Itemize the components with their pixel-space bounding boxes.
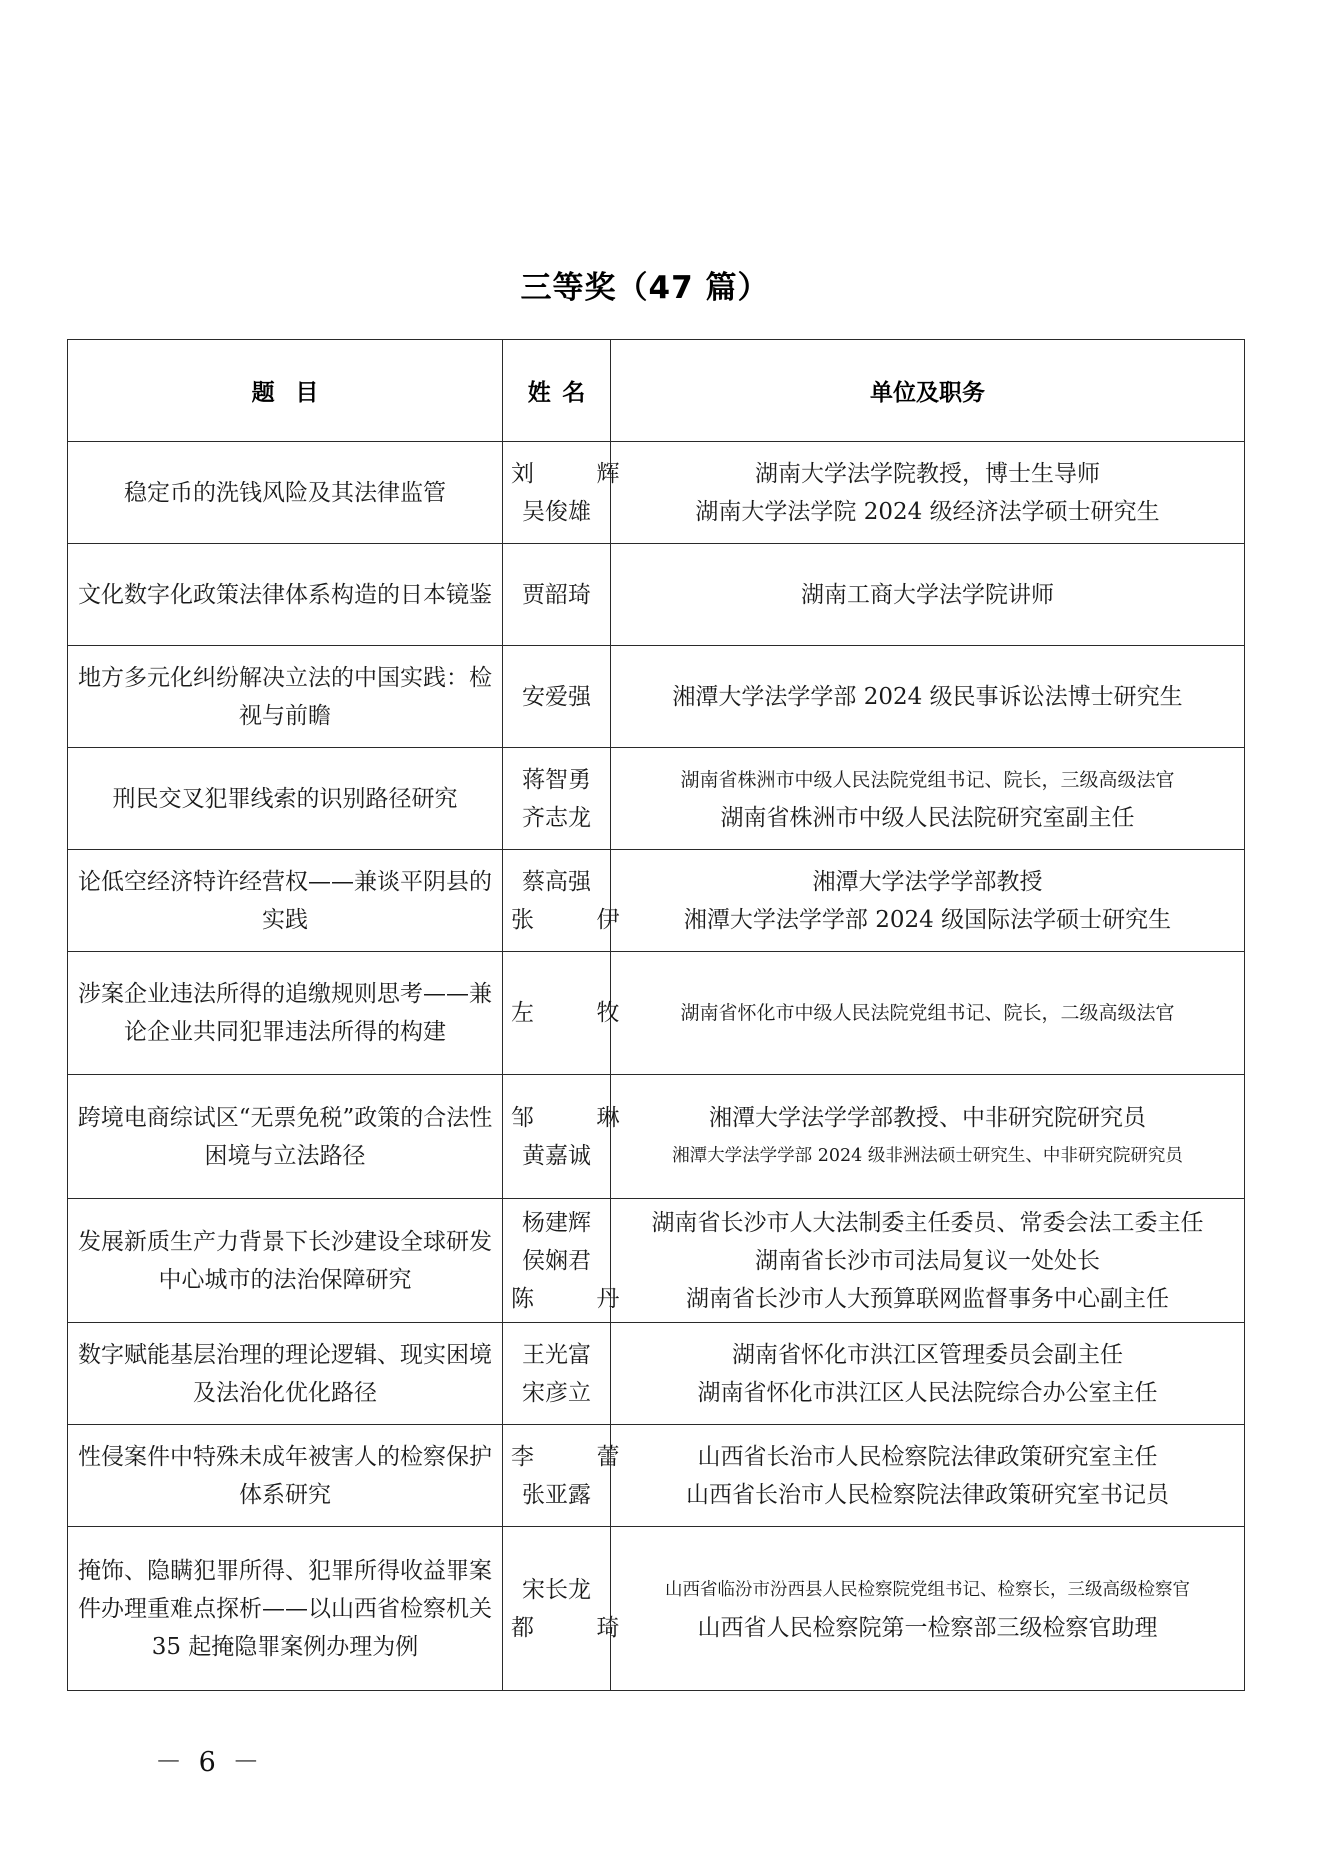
author-orgs: 山西省临汾市汾西县人民检察院党组书记、检察长，三级高级检察官 山西省人民检察院第… (611, 1527, 1245, 1691)
table-row: 刑民交叉犯罪线索的识别路径研究 蒋智勇 齐志龙 湖南省株洲市中级人民法院党组书记… (68, 748, 1245, 850)
org-line: 山西省临汾市汾西县人民检察院党组书记、检察长，三级高级检察官 (619, 1571, 1236, 1609)
author-orgs: 湖南大学法学院教授，博士生导师 湖南大学法学院 2024 级经济法学硕士研究生 (611, 442, 1245, 544)
author-names: 蒋智勇 齐志龙 (503, 748, 611, 850)
org-line: 湖南省怀化市洪江区人民法院综合办公室主任 (619, 1374, 1236, 1412)
org-line: 湖南省长沙市司法局复议一处处长 (619, 1242, 1236, 1280)
author-name: 蒋智勇 (511, 761, 602, 799)
section-title: 三等奖（47 篇） (0, 262, 1290, 307)
author-name: 刘 辉 (511, 455, 630, 493)
author-names: 王光富 宋彦立 (503, 1323, 611, 1425)
author-name: 陈 丹 (511, 1280, 630, 1318)
page-number: － 6 － (155, 1740, 263, 1779)
org-line: 湖南省长沙市人大法制委主任委员、常委会法工委主任 (619, 1204, 1236, 1242)
org-line: 湖南工商大学法学院讲师 (619, 576, 1236, 614)
paper-title: 刑民交叉犯罪线索的识别路径研究 (68, 748, 503, 850)
author-name: 宋长龙 (511, 1571, 602, 1609)
author-name: 蔡高强 (511, 863, 602, 901)
author-orgs: 湖南省怀化市洪江区管理委员会副主任 湖南省怀化市洪江区人民法院综合办公室主任 (611, 1323, 1245, 1425)
author-name: 张亚露 (511, 1476, 602, 1514)
paper-title: 数字赋能基层治理的理论逻辑、现实困境及法治化优化路径 (68, 1323, 503, 1425)
author-orgs: 湖南省株洲市中级人民法院党组书记、院长，三级高级法官 湖南省株洲市中级人民法院研… (611, 748, 1245, 850)
org-line: 湘潭大学法学学部 2024 级非洲法硕士研究生、中非研究院研究员 (619, 1137, 1236, 1175)
table-row: 数字赋能基层治理的理论逻辑、现实困境及法治化优化路径 王光富 宋彦立 湖南省怀化… (68, 1323, 1245, 1425)
author-names: 杨建辉 侯娴君 陈 丹 (503, 1199, 611, 1323)
author-name: 贾韶琦 (511, 576, 602, 614)
org-line: 湖南省株洲市中级人民法院党组书记、院长，三级高级法官 (619, 761, 1236, 799)
table-row: 地方多元化纠纷解决立法的中国实践：检视与前瞻 安爱强 湘潭大学法学学部 2024… (68, 646, 1245, 748)
org-line: 山西省长治市人民检察院法律政策研究室书记员 (619, 1476, 1236, 1514)
author-name: 王光富 (511, 1336, 602, 1374)
org-line: 湖南大学法学院教授，博士生导师 (619, 455, 1236, 493)
org-line: 湖南省怀化市中级人民法院党组书记、院长，二级高级法官 (619, 994, 1236, 1032)
author-orgs: 湖南工商大学法学院讲师 (611, 544, 1245, 646)
author-name: 张 伊 (511, 901, 630, 939)
author-name: 邹 琳 (511, 1099, 630, 1137)
org-line: 山西省人民检察院第一检察部三级检察官助理 (619, 1609, 1236, 1647)
header-title: 题目 (68, 340, 503, 442)
table-row: 论低空经济特许经营权——兼谈平阴县的实践 蔡高强 张 伊 湘潭大学法学学部教授 … (68, 850, 1245, 952)
author-names: 邹 琳 黄嘉诚 (503, 1075, 611, 1199)
org-line: 湖南大学法学院 2024 级经济法学硕士研究生 (619, 493, 1236, 531)
author-name: 杨建辉 (511, 1204, 602, 1242)
paper-title: 涉案企业违法所得的追缴规则思考——兼论企业共同犯罪违法所得的构建 (68, 952, 503, 1075)
table-row: 跨境电商综试区“无票免税”政策的合法性困境与立法路径 邹 琳 黄嘉诚 湘潭大学法… (68, 1075, 1245, 1199)
author-orgs: 湘潭大学法学学部教授、中非研究院研究员 湘潭大学法学学部 2024 级非洲法硕士… (611, 1075, 1245, 1199)
awards-table: 题目 姓名 单位及职务 稳定币的洗钱风险及其法律监管 刘 辉 吴俊雄 湖南大学法… (67, 339, 1245, 1691)
author-name: 黄嘉诚 (511, 1137, 602, 1175)
paper-title: 文化数字化政策法律体系构造的日本镜鉴 (68, 544, 503, 646)
author-names: 安爱强 (503, 646, 611, 748)
author-name: 李 蕾 (511, 1438, 630, 1476)
table-row: 掩饰、隐瞒犯罪所得、犯罪所得收益罪案件办理重难点探析——以山西省检察机关 35 … (68, 1527, 1245, 1691)
org-line: 湘潭大学法学学部教授、中非研究院研究员 (619, 1099, 1236, 1137)
author-name: 安爱强 (511, 678, 602, 716)
header-org: 单位及职务 (611, 340, 1245, 442)
paper-title: 跨境电商综试区“无票免税”政策的合法性困境与立法路径 (68, 1075, 503, 1199)
paper-title: 稳定币的洗钱风险及其法律监管 (68, 442, 503, 544)
org-line: 山西省长治市人民检察院法律政策研究室主任 (619, 1438, 1236, 1476)
header-name: 姓名 (503, 340, 611, 442)
paper-title: 发展新质生产力背景下长沙建设全球研发中心城市的法治保障研究 (68, 1199, 503, 1323)
author-names: 李 蕾 张亚露 (503, 1425, 611, 1527)
author-orgs: 湖南省怀化市中级人民法院党组书记、院长，二级高级法官 (611, 952, 1245, 1075)
table-row: 文化数字化政策法律体系构造的日本镜鉴 贾韶琦 湖南工商大学法学院讲师 (68, 544, 1245, 646)
author-names: 左 牧 (503, 952, 611, 1075)
table-header-row: 题目 姓名 单位及职务 (68, 340, 1245, 442)
paper-title: 性侵案件中特殊未成年被害人的检察保护体系研究 (68, 1425, 503, 1527)
author-names: 宋长龙 都 琦 (503, 1527, 611, 1691)
author-name: 侯娴君 (511, 1242, 602, 1280)
author-names: 刘 辉 吴俊雄 (503, 442, 611, 544)
table-row: 发展新质生产力背景下长沙建设全球研发中心城市的法治保障研究 杨建辉 侯娴君 陈 … (68, 1199, 1245, 1323)
author-names: 贾韶琦 (503, 544, 611, 646)
table-row: 性侵案件中特殊未成年被害人的检察保护体系研究 李 蕾 张亚露 山西省长治市人民检… (68, 1425, 1245, 1527)
author-name: 左 牧 (511, 994, 630, 1032)
author-orgs: 湖南省长沙市人大法制委主任委员、常委会法工委主任 湖南省长沙市司法局复议一处处长… (611, 1199, 1245, 1323)
author-name: 都 琦 (511, 1609, 630, 1647)
author-names: 蔡高强 张 伊 (503, 850, 611, 952)
author-name: 齐志龙 (511, 799, 602, 837)
org-line: 湖南省长沙市人大预算联网监督事务中心副主任 (619, 1280, 1236, 1318)
author-orgs: 湘潭大学法学学部教授 湘潭大学法学学部 2024 级国际法学硕士研究生 (611, 850, 1245, 952)
author-orgs: 山西省长治市人民检察院法律政策研究室主任 山西省长治市人民检察院法律政策研究室书… (611, 1425, 1245, 1527)
author-orgs: 湘潭大学法学学部 2024 级民事诉讼法博士研究生 (611, 646, 1245, 748)
author-name: 宋彦立 (511, 1374, 602, 1412)
author-name: 吴俊雄 (511, 493, 602, 531)
org-line: 湖南省株洲市中级人民法院研究室副主任 (619, 799, 1236, 837)
paper-title: 论低空经济特许经营权——兼谈平阴县的实践 (68, 850, 503, 952)
org-line: 湖南省怀化市洪江区管理委员会副主任 (619, 1336, 1236, 1374)
paper-title: 地方多元化纠纷解决立法的中国实践：检视与前瞻 (68, 646, 503, 748)
org-line: 湘潭大学法学学部 2024 级民事诉讼法博士研究生 (619, 678, 1236, 716)
table-row: 涉案企业违法所得的追缴规则思考——兼论企业共同犯罪违法所得的构建 左 牧 湖南省… (68, 952, 1245, 1075)
org-line: 湘潭大学法学学部 2024 级国际法学硕士研究生 (619, 901, 1236, 939)
org-line: 湘潭大学法学学部教授 (619, 863, 1236, 901)
paper-title: 掩饰、隐瞒犯罪所得、犯罪所得收益罪案件办理重难点探析——以山西省检察机关 35 … (68, 1527, 503, 1691)
table-row: 稳定币的洗钱风险及其法律监管 刘 辉 吴俊雄 湖南大学法学院教授，博士生导师 湖… (68, 442, 1245, 544)
